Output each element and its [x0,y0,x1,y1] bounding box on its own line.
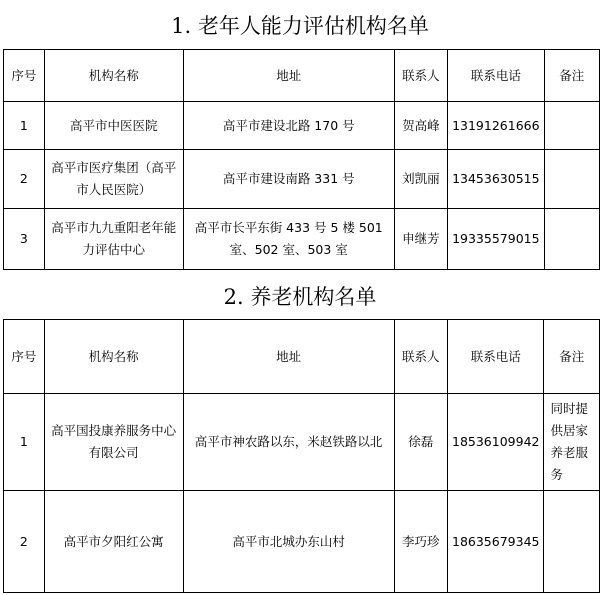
header-address: 地址 [183,50,394,102]
cell-note [544,150,599,209]
header-contact: 联系人 [394,320,447,394]
header-no: 序号 [4,320,45,394]
cell-phone: 13191261666 [448,102,544,150]
cell-phone: 18635679345 [448,491,544,593]
cell-contact: 申继芳 [394,209,447,270]
section2-title: 2. 养老机构名单 [0,281,600,311]
cell-contact: 刘凯丽 [394,150,447,209]
header-contact: 联系人 [394,50,447,102]
table-header-row: 序号 机构名称 地址 联系人 联系电话 备注 [4,320,600,394]
assessment-institutions-table: 序号 机构名称 地址 联系人 联系电话 备注 1 高平市中医医院 高平市建设北路… [3,49,600,270]
cell-name: 高平市九九重阳老年能力评估中心 [44,209,183,270]
cell-address: 高平市建设南路 331 号 [183,150,394,209]
header-address: 地址 [183,320,394,394]
header-name: 机构名称 [44,320,183,394]
table-row: 1 高平市中医医院 高平市建设北路 170 号 贺高峰 13191261666 [4,102,600,150]
cell-note [544,102,599,150]
cell-no: 1 [4,102,45,150]
cell-name: 高平市中医医院 [44,102,183,150]
header-note: 备注 [544,50,599,102]
table-row: 3 高平市九九重阳老年能力评估中心 高平市长平东街 433 号 5 楼 501 … [4,209,600,270]
header-name: 机构名称 [44,50,183,102]
cell-name: 高平市医疗集团（高平市人民医院） [44,150,183,209]
header-note: 备注 [544,320,600,394]
cell-note [544,491,600,593]
header-no: 序号 [4,50,45,102]
section1-title: 1. 老年人能力评估机构名单 [0,10,600,40]
cell-note [544,209,599,270]
cell-contact: 李巧珍 [394,491,447,593]
cell-phone: 18536109942 [448,394,544,491]
cell-address: 高平市长平东街 433 号 5 楼 501 室、502 室、503 室 [183,209,394,270]
cell-address: 高平市神农路以东，米赵铁路以北 [183,394,394,491]
cell-address: 高平市建设北路 170 号 [183,102,394,150]
table-row: 1 高平国投康养服务中心有限公司 高平市神农路以东，米赵铁路以北 徐磊 1853… [4,394,600,491]
cell-no: 3 [4,209,45,270]
table-header-row: 序号 机构名称 地址 联系人 联系电话 备注 [4,50,600,102]
cell-phone: 13453630515 [448,150,544,209]
cell-phone: 19335579015 [448,209,544,270]
cell-contact: 徐磊 [394,394,447,491]
table-row: 2 高平市医疗集团（高平市人民医院） 高平市建设南路 331 号 刘凯丽 134… [4,150,600,209]
header-phone: 联系电话 [448,50,544,102]
cell-address: 高平市北城办东山村 [183,491,394,593]
cell-no: 1 [4,394,45,491]
table-row: 2 高平市夕阳红公寓 高平市北城办东山村 李巧珍 18635679345 [4,491,600,593]
cell-note: 同时提供居家养老服务 [544,394,600,491]
cell-contact: 贺高峰 [394,102,447,150]
header-phone: 联系电话 [448,320,544,394]
cell-name: 高平市夕阳红公寓 [44,491,183,593]
elderly-care-institutions-table: 序号 机构名称 地址 联系人 联系电话 备注 1 高平国投康养服务中心有限公司 … [3,319,600,593]
cell-name: 高平国投康养服务中心有限公司 [44,394,183,491]
cell-no: 2 [4,150,45,209]
cell-no: 2 [4,491,45,593]
